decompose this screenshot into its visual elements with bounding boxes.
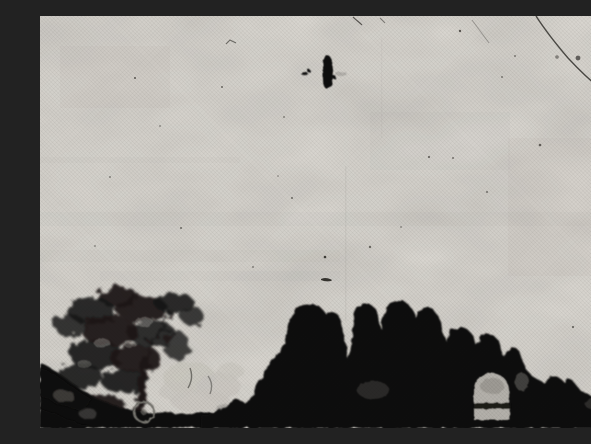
photo-canvas xyxy=(40,16,591,428)
film-grain-light xyxy=(40,16,591,428)
newspaper-photograph xyxy=(40,16,591,428)
